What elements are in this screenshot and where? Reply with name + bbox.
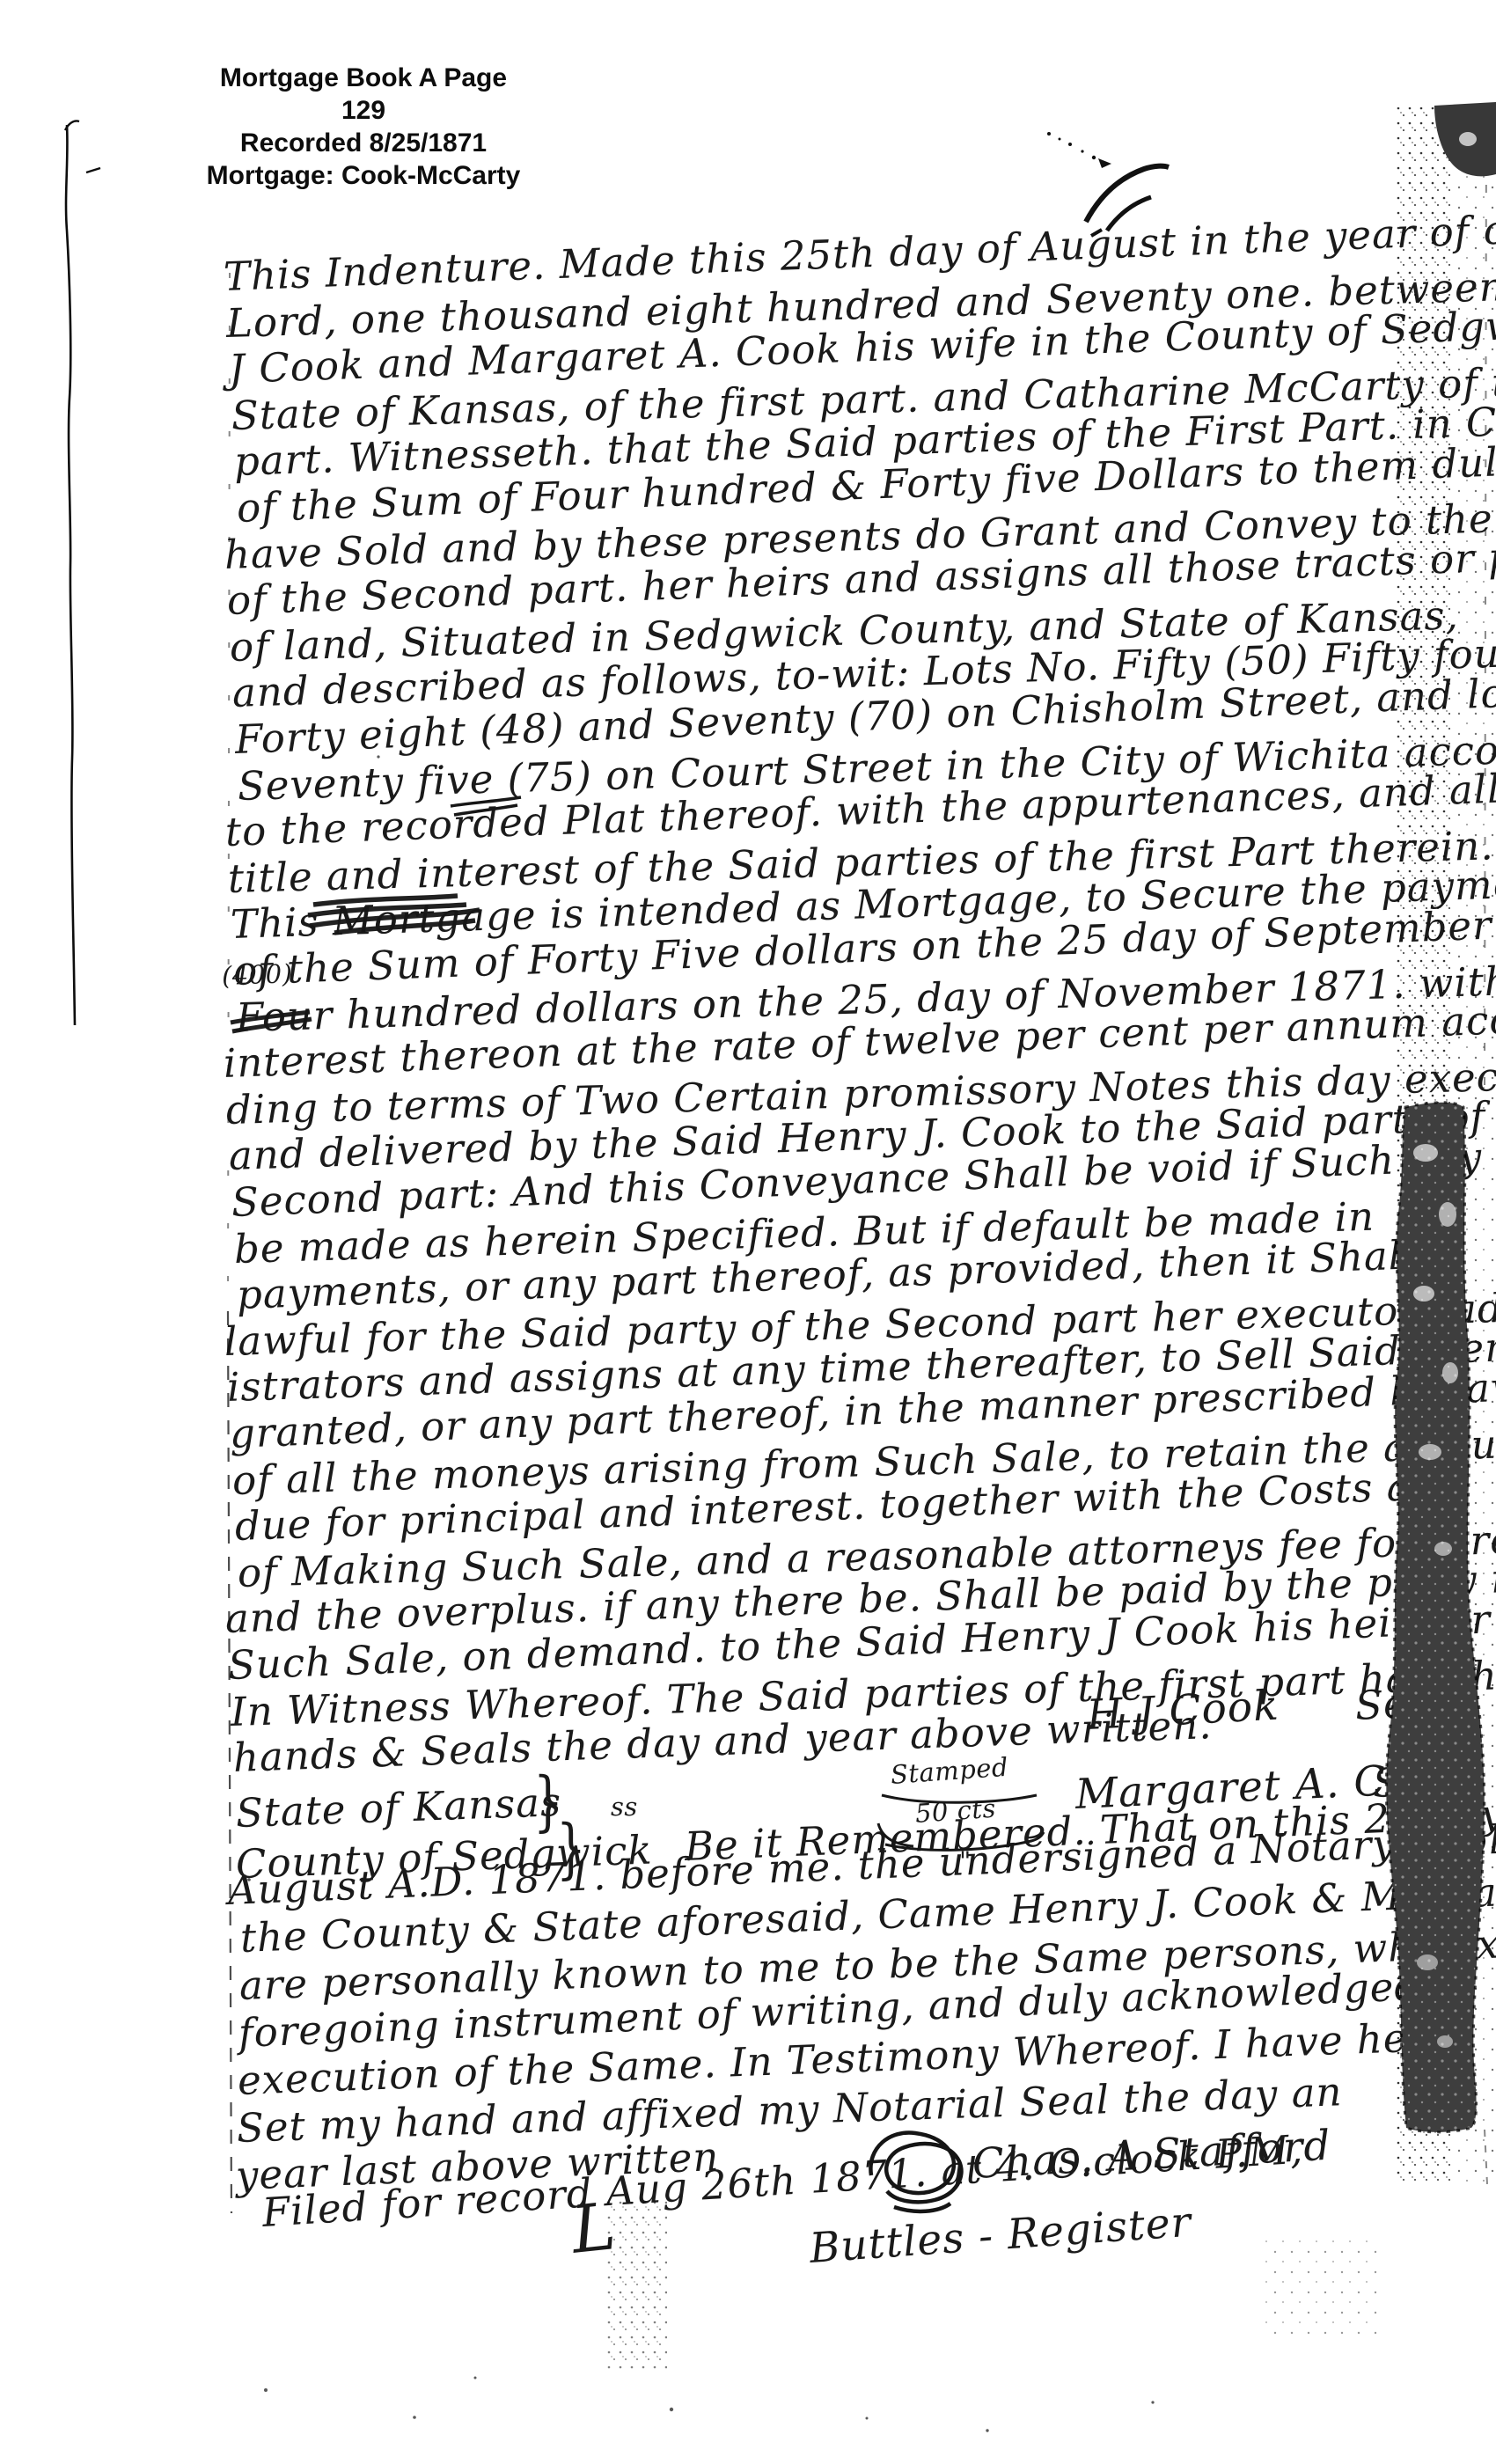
- scanned-document-page: Mortgage Book A Page 129 Recorded 8/25/1…: [0, 0, 1496, 2464]
- ss-label: ss: [611, 1792, 638, 1822]
- register-initial: L: [568, 2189, 620, 2269]
- interlined-amount: (400): [221, 958, 293, 991]
- handwritten-body: This Indenture. Made this 25th day of Au…: [0, 0, 1496, 2464]
- grantor-signature: H J Cook: [1086, 1682, 1280, 1740]
- county-brace: }: [556, 1811, 586, 1887]
- grantor-seal-label: Seal: [1354, 1678, 1447, 1729]
